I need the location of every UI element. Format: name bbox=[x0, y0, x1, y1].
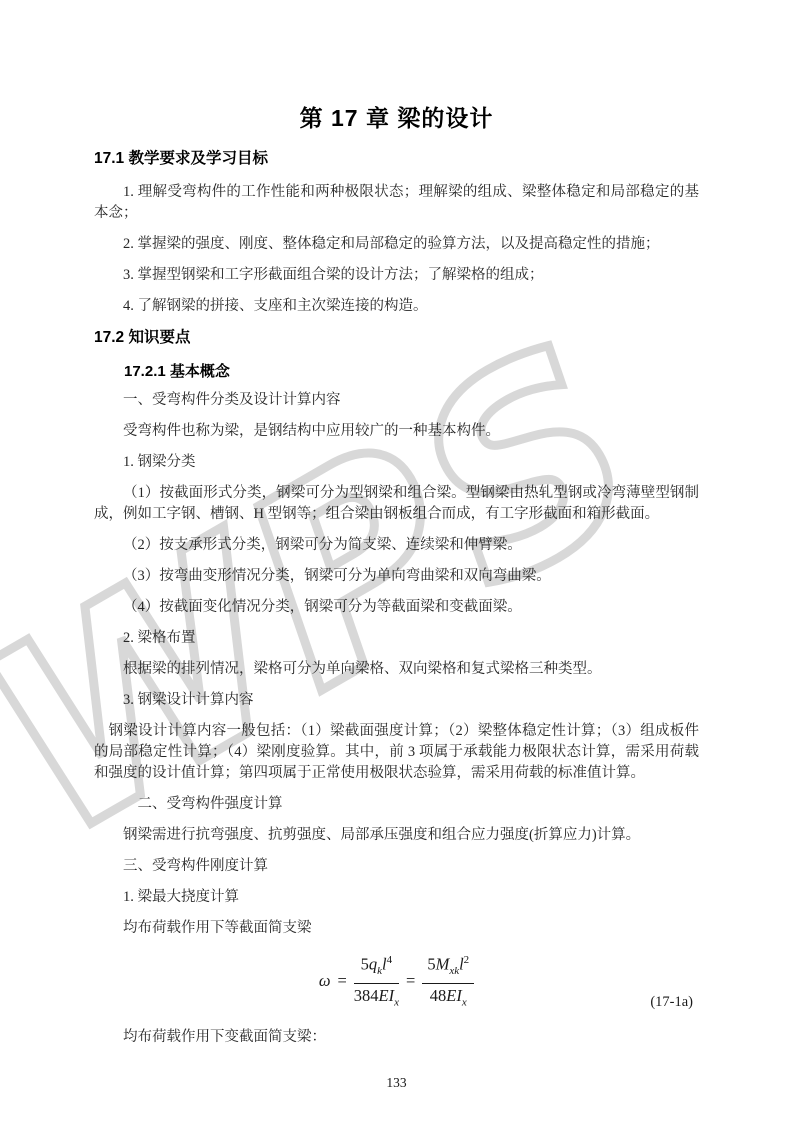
paragraph: 2. 梁格布置 bbox=[94, 628, 699, 649]
chapter-title: 第 17 章 梁的设计 bbox=[94, 103, 699, 133]
paragraph: （3）按弯曲变形情况分类，钢梁可分为单向弯曲梁和双向弯曲梁。 bbox=[94, 566, 699, 587]
fraction-2: 5Mxkl2 48EIx bbox=[422, 950, 474, 1012]
paragraph: 钢梁需进行抗弯强度、抗剪强度、局部承压强度和组合应力强度(折算应力)计算。 bbox=[94, 825, 699, 846]
paragraph: （1）按截面形式分类，钢梁可分为型钢梁和组合梁。型钢梁由热轧型钢或冷弯薄壁型钢制… bbox=[94, 483, 699, 525]
fraction-2-denominator: 48EIx bbox=[422, 984, 474, 1012]
paragraph: 根据梁的排列情况，梁格可分为单向梁格、双向梁格和复式梁格三种类型。 bbox=[94, 659, 699, 680]
paragraph: 三、受弯构件刚度计算 bbox=[94, 856, 699, 877]
objective-item: 4. 了解钢梁的拼接、支座和主次梁连接的构造。 bbox=[94, 296, 699, 317]
paragraph: 1. 梁最大挠度计算 bbox=[94, 887, 699, 908]
paragraph: 二、受弯构件强度计算 bbox=[94, 794, 699, 815]
paragraph: 钢梁设计计算内容一般包括：（1）梁截面强度计算；（2）梁整体稳定性计算；（3）组… bbox=[94, 721, 699, 784]
document-page: WPS 第 17 章 梁的设计 17.1 教学要求及学习目标 1. 理解受弯构件… bbox=[0, 0, 793, 1122]
paragraph: 3. 钢梁设计计算内容 bbox=[94, 690, 699, 711]
formula-17-1a: ω = 5qkl4 384EIx = 5Mxkl2 48EIx (17-1a) bbox=[94, 949, 699, 1013]
paragraph: 受弯构件也称为梁，是钢结构中应用较广的一种基本构件。 bbox=[94, 421, 699, 442]
page-content: 第 17 章 梁的设计 17.1 教学要求及学习目标 1. 理解受弯构件的工作性… bbox=[0, 0, 793, 1091]
section-heading-17-2: 17.2 知识要点 bbox=[94, 327, 699, 348]
paragraph: （4）按截面变化情况分类，钢梁可分为等截面梁和变截面梁。 bbox=[94, 597, 699, 618]
equals-sign: = bbox=[406, 971, 415, 991]
page-number: 133 bbox=[94, 1075, 699, 1091]
equals-sign: = bbox=[337, 971, 346, 991]
section-heading-17-1: 17.1 教学要求及学习目标 bbox=[94, 148, 699, 169]
fraction-1-numerator: 5qkl4 bbox=[354, 950, 399, 984]
objective-item: 2. 掌握梁的强度、刚度、整体稳定和局部稳定的验算方法，以及提高稳定性的措施； bbox=[94, 234, 699, 255]
paragraph: 一、受弯构件分类及设计计算内容 bbox=[94, 390, 699, 411]
paragraph: （2）按支承形式分类，钢梁可分为简支梁、连续梁和伸臂梁。 bbox=[94, 535, 699, 556]
fraction-2-numerator: 5Mxkl2 bbox=[422, 950, 474, 984]
subsection-heading-17-2-1: 17.2.1 基本概念 bbox=[94, 361, 699, 382]
objective-item: 1. 理解受弯构件的工作性能和两种极限状态；理解梁的组成、梁整体稳定和局部稳定的… bbox=[94, 182, 699, 224]
fraction-1-denominator: 384EIx bbox=[354, 984, 399, 1012]
equation-number: (17-1a) bbox=[650, 994, 693, 1011]
fraction-1: 5qkl4 384EIx bbox=[354, 950, 399, 1012]
formula-lhs-omega: ω bbox=[319, 971, 331, 991]
paragraph: 1. 钢梁分类 bbox=[94, 452, 699, 473]
paragraph: 均布荷载作用下变截面简支梁： bbox=[94, 1027, 699, 1048]
paragraph: 均布荷载作用下等截面简支梁 bbox=[94, 918, 699, 939]
objective-item: 3. 掌握型钢梁和工字形截面组合梁的设计方法；了解梁格的组成； bbox=[94, 265, 699, 286]
